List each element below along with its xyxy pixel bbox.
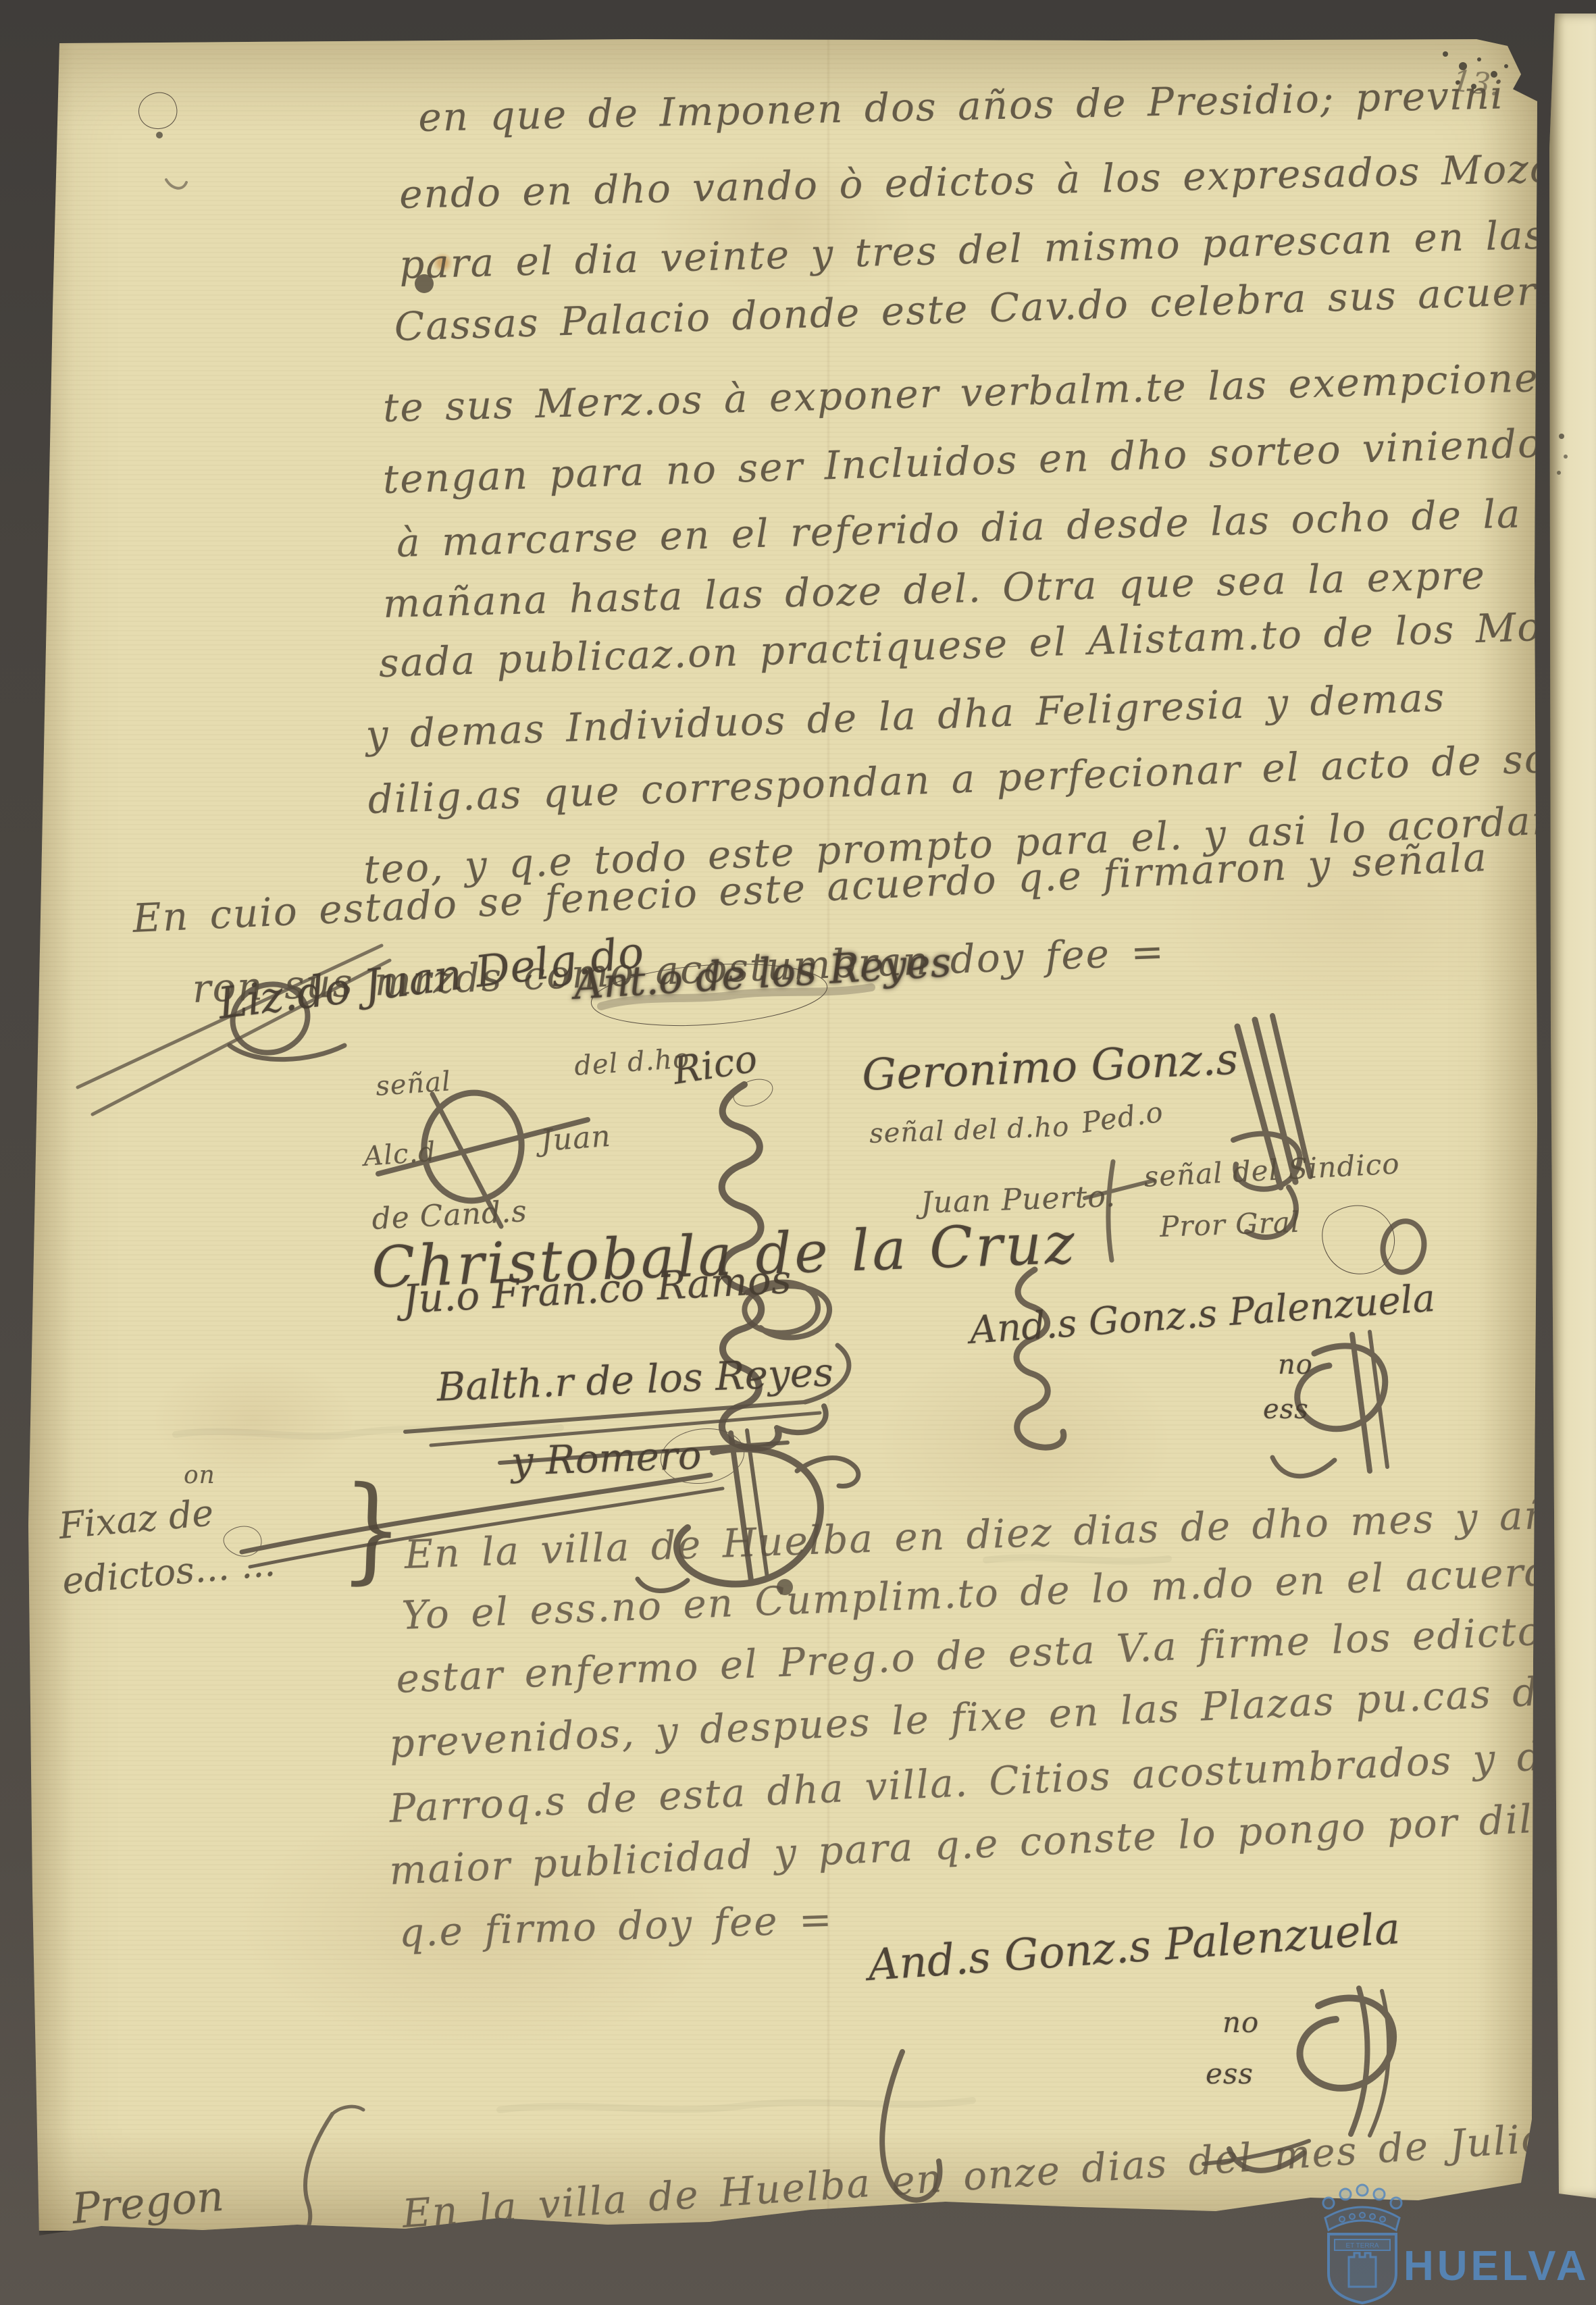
palenzuela-final-superscript: no [1222, 2006, 1259, 2039]
pregon-bracket [289, 2106, 363, 2231]
palenzuela-subscript: ess [1263, 1394, 1309, 1425]
margin-note-superscript: on [184, 1461, 215, 1489]
adjacent-page-specks [1549, 14, 1596, 2198]
crest-band-text: ET TERRA [1345, 2242, 1379, 2250]
cruz-coil-rubric [1016, 1270, 1064, 1447]
palenzuela-superscript: no [1278, 1349, 1313, 1380]
candos-mark-label: Juan [539, 1119, 612, 1158]
sindico-mark-label: Pror Gral [1159, 1206, 1301, 1243]
sindico-signature-mark [1322, 1206, 1429, 1276]
manuscript-page: 13. en que de Imponen dos años de Presid… [27, 39, 1539, 2231]
signature-balthasar-reyes: y Romero [511, 1432, 702, 1484]
margin-brace: } [339, 1471, 405, 1588]
archive-watermark: ET TERRA HUELVA [1277, 2146, 1596, 2305]
candos-mark-label: señal [375, 1066, 453, 1102]
palenzuela-final-subscript: ess [1206, 2057, 1254, 2090]
candos-mark-label: Alc.d [363, 1137, 437, 1172]
huelva-crest-icon: ET TERRA [1312, 2176, 1413, 2305]
adjacent-page-edge [1549, 14, 1596, 2198]
stray-pen-curl [166, 180, 186, 188]
geronimo-rubric [1233, 1016, 1310, 1237]
watermark-huelva-text: HUELVA [1404, 2242, 1590, 2290]
manuscript-scan: 13. en que de Imponen dos años de Presid… [0, 0, 1596, 2305]
